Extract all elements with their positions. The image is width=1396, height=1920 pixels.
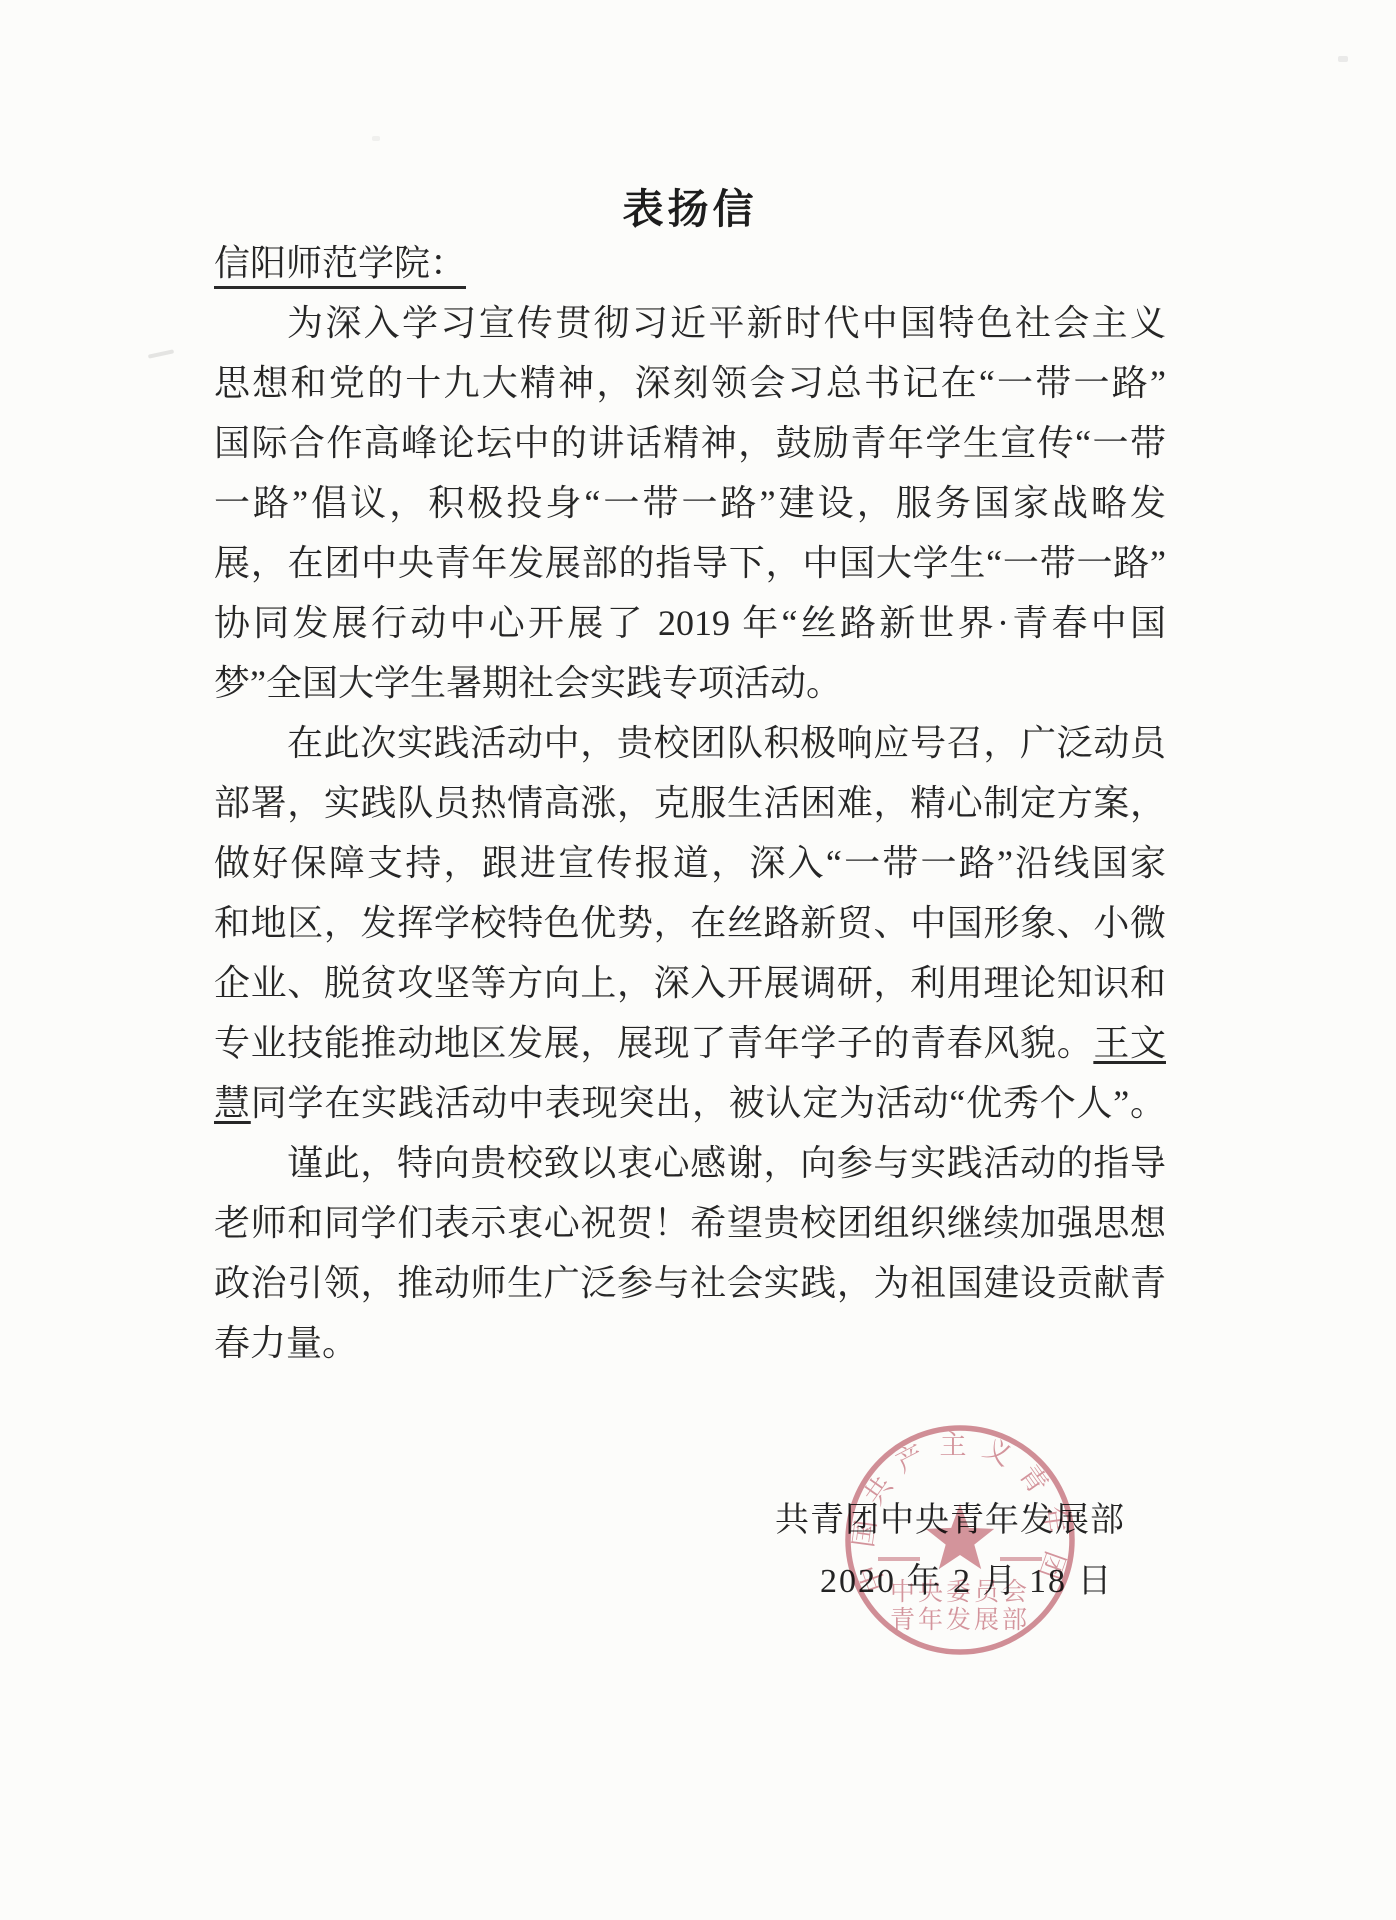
letter-page: 表扬信 信阳师范学院： 为深入学习宣传贯彻习近平新时代中国特色社会主义思想和党的… xyxy=(0,0,1396,1920)
letter-line: 专业技能推动地区发展，展现了青年学子的青春风貌。王文 xyxy=(214,1013,1166,1073)
letter-text-segment: 协同发展行动中心开展了 2019 年“丝路新世界·青春中国 xyxy=(214,603,1166,643)
letter-text-segment: 国际合作高峰论坛中的讲话精神，鼓励青年学生宣传“一带 xyxy=(214,423,1166,463)
letter-body: 信阳师范学院： 为深入学习宣传贯彻习近平新时代中国特色社会主义思想和党的十九大精… xyxy=(214,233,1166,1373)
letter-text-segment: 做好保障支持，跟进宣传报道，深入“一带一路”沿线国家 xyxy=(214,843,1166,883)
letter-text-segment: 谨此，特向贵校致以衷心感谢，向参与实践活动的指导 xyxy=(287,1143,1166,1183)
star-icon xyxy=(926,1504,994,1569)
salutation-line: 信阳师范学院： xyxy=(214,233,1166,293)
letter-paragraph-lines: 为深入学习宣传贯彻习近平新时代中国特色社会主义思想和党的十九大精神，深刻领会习总… xyxy=(214,293,1166,1373)
underlined-name-text: 王文 xyxy=(1093,1023,1166,1063)
letter-text-segment: 在此次实践活动中，贵校团队积极响应号召，广泛动员 xyxy=(287,723,1166,763)
letter-text-segment: 同学在实践活动中表现突出，被认定为活动“优秀个人”。 xyxy=(251,1083,1166,1123)
letter-line: 国际合作高峰论坛中的讲话精神，鼓励青年学生宣传“一带 xyxy=(214,413,1166,473)
letter-line: 思想和党的十九大精神，深刻领会习总书记在“一带一路” xyxy=(214,353,1166,413)
letter-line: 为深入学习宣传贯彻习近平新时代中国特色社会主义 xyxy=(214,293,1166,353)
letter-line: 部署，实践队员热情高涨，克服生活困难，精心制定方案， xyxy=(214,773,1166,833)
underlined-name-text: 慧 xyxy=(214,1083,251,1123)
official-seal: 中国共产主义青年团 中央委员会 青年发展部 xyxy=(828,1408,1092,1672)
letter-line: 老师和同学们表示衷心祝贺！希望贵校团组织继续加强思想 xyxy=(214,1193,1166,1253)
letter-text-segment: 春力量。 xyxy=(214,1323,358,1363)
document-title: 表扬信 xyxy=(214,176,1166,235)
letter-line: 展，在团中央青年发展部的指导下，中国大学生“一带一路” xyxy=(214,533,1166,593)
letter-line: 协同发展行动中心开展了 2019 年“丝路新世界·青春中国 xyxy=(214,593,1166,653)
scan-artifact xyxy=(148,349,174,358)
letter-line: 政治引领，推动师生广泛参与社会实践，为祖国建设贡献青 xyxy=(214,1253,1166,1313)
letter-text-segment: 企业、脱贫攻坚等方向上，深入开展调研，利用理论知识和 xyxy=(214,963,1166,1003)
letter-line: 企业、脱贫攻坚等方向上，深入开展调研，利用理论知识和 xyxy=(214,953,1166,1013)
letter-line: 梦”全国大学生暑期社会实践专项活动。 xyxy=(214,653,1166,713)
scan-artifact xyxy=(1338,56,1348,62)
letter-line: 谨此，特向贵校致以衷心感谢，向参与实践活动的指导 xyxy=(214,1133,1166,1193)
letter-text-segment: 政治引领，推动师生广泛参与社会实践，为祖国建设贡献青 xyxy=(214,1263,1166,1303)
letter-text-segment: 为深入学习宣传贯彻习近平新时代中国特色社会主义 xyxy=(287,303,1166,343)
letter-text-segment: 老师和同学们表示衷心祝贺！希望贵校团组织继续加强思想 xyxy=(214,1203,1166,1243)
salutation-recipient: 信阳师范学院： xyxy=(214,243,466,289)
letter-line: 慧同学在实践活动中表现突出，被认定为活动“优秀个人”。 xyxy=(214,1073,1166,1133)
letter-text-segment: 部署，实践队员热情高涨，克服生活困难，精心制定方案， xyxy=(214,783,1166,823)
letter-text-segment: 和地区，发挥学校特色优势，在丝路新贸、中国形象、小微 xyxy=(214,903,1166,943)
letter-line: 在此次实践活动中，贵校团队积极响应号召，广泛动员 xyxy=(214,713,1166,773)
letter-text-segment: 梦”全国大学生暑期社会实践专项活动。 xyxy=(214,663,842,703)
letter-text-segment: 思想和党的十九大精神，深刻领会习总书记在“一带一路” xyxy=(214,363,1166,403)
scan-artifact xyxy=(372,136,380,141)
seal-inner-text-2: 青年发展部 xyxy=(890,1606,1030,1634)
letter-line: 一路”倡议，积极投身“一带一路”建设，服务国家战略发 xyxy=(214,473,1166,533)
letter-text-segment: 专业技能推动地区发展，展现了青年学子的青春风貌。 xyxy=(214,1023,1093,1063)
seal-inner-text-1: 中央委员会 xyxy=(890,1578,1030,1606)
letter-line: 做好保障支持，跟进宣传报道，深入“一带一路”沿线国家 xyxy=(214,833,1166,893)
letter-text-segment: 展，在团中央青年发展部的指导下，中国大学生“一带一路” xyxy=(214,543,1166,583)
letter-line: 春力量。 xyxy=(214,1313,1166,1373)
letter-line: 和地区，发挥学校特色优势，在丝路新贸、中国形象、小微 xyxy=(214,893,1166,953)
letter-text-segment: 一路”倡议，积极投身“一带一路”建设，服务国家战略发 xyxy=(214,483,1166,523)
